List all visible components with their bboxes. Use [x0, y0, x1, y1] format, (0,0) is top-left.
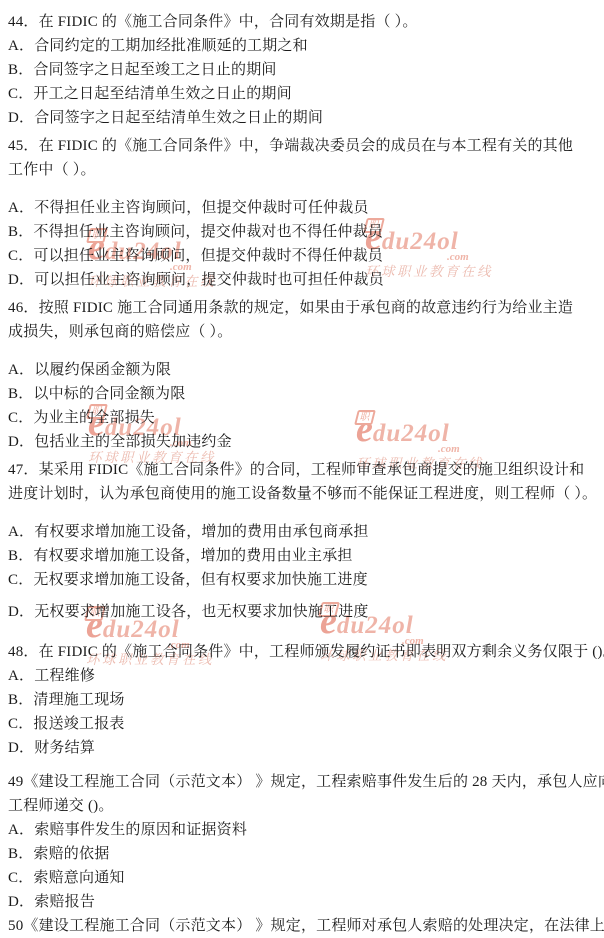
option-b: B．有权要求增加施工设备，增加的费用由业主承担: [8, 544, 598, 568]
question-48-options: A．工程维修 B．清理施工现场 C．报送竣工报表 D．财务结算: [8, 664, 598, 760]
question-49: 49《建设工程施工合同（示范文本） 》规定，工程索赔事件发生后的 28 天内，承…: [8, 770, 598, 914]
question-50-stem: 50《建设工程施工合同（示范文本） 》规定，工程师对承包人索赔的处理决定，在法律…: [8, 914, 598, 938]
question-46: 46．按照 FIDIC 施工合同通用条款的规定，如果由于承包商的故意违约行为给业…: [8, 296, 598, 454]
option-b: B．索赔的依据: [8, 842, 598, 866]
question-45: 45．在 FIDIC 的《施工合同条件》中，争端裁决委员会的成员在与本工程有关的…: [8, 134, 598, 292]
option-a: A．以履约保函金额为限: [8, 358, 598, 382]
option-b: B．清理施工现场: [8, 688, 598, 712]
question-49-stem-line-1: 49《建设工程施工合同（示范文本） 》规定，工程索赔事件发生后的 28 天内，承…: [8, 770, 598, 794]
option-c: C．报送竣工报表: [8, 712, 598, 736]
option-d: D．可以担任业主咨询顾问，提交仲裁时也可担任仲裁员: [8, 268, 598, 292]
option-c: C．开工之日起至结清单生效之日止的期间: [8, 82, 598, 106]
option-c: C．可以担任业主咨询顾问，但提交仲裁时不得任仲裁员: [8, 244, 598, 268]
question-46-stem-line-1: 46．按照 FIDIC 施工合同通用条款的规定，如果由于承包商的故意违约行为给业…: [8, 296, 598, 320]
question-49-options: A．索赔事件发生的原因和证据资料 B．索赔的依据 C．索赔意向通知 D．索赔报告: [8, 818, 598, 914]
option-a: A．工程维修: [8, 664, 598, 688]
question-50: 50《建设工程施工合同（示范文本） 》规定，工程师对承包人索赔的处理决定，在法律…: [8, 914, 598, 938]
question-45-stem-line-1: 45．在 FIDIC 的《施工合同条件》中，争端裁决委员会的成员在与本工程有关的…: [8, 134, 598, 158]
option-d: D．合同签字之日起至结清单生效之日止的期间: [8, 106, 598, 130]
exam-question-list: 44．在 FIDIC 的《施工合同条件》中，合同有效期是指（ ）。 A．合同约定…: [0, 0, 604, 938]
scanned-exam-page: { "watermark": { "badge": "职", "brand_e"…: [0, 0, 604, 938]
question-48-stem: 48．在 FIDIC 的《施工合同条件》中，工程师颁发履约证书即表明双方剩余义务…: [8, 640, 598, 664]
question-47: 47．某采用 FIDIC《施工合同条件》的合同，工程师审查承包商提交的施卫组织设…: [8, 458, 598, 624]
question-46-options: A．以履约保函金额为限 B．以中标的合同金额为限 C．为业主的全部损失 D．包括…: [8, 358, 598, 454]
option-a: A．合同约定的工期加经批准顺延的工期之和: [8, 34, 598, 58]
question-46-stem-line-2: 成损失，则承包商的赔偿应（ ）。: [8, 320, 598, 344]
question-47-stem-line-1: 47．某采用 FIDIC《施工合同条件》的合同，工程师审查承包商提交的施卫组织设…: [8, 458, 598, 482]
question-45-stem-line-2: 工作中（ ）。: [8, 158, 598, 182]
option-d: D．包括业主的全部损失加违约金: [8, 430, 598, 454]
option-c: C．索赔意向通知: [8, 866, 598, 890]
question-45-options: A．不得担任业主咨询顾问，但提交仲裁时可任仲裁员 B．不得担任业主咨询顾问，提交…: [8, 196, 598, 292]
option-d: D．索赔报告: [8, 890, 598, 914]
question-44-stem: 44．在 FIDIC 的《施工合同条件》中，合同有效期是指（ ）。: [8, 10, 598, 34]
option-a: A．索赔事件发生的原因和证据资料: [8, 818, 598, 842]
option-a: A．不得担任业主咨询顾问，但提交仲裁时可任仲裁员: [8, 196, 598, 220]
question-47-options: A．有权要求增加施工设备，增加的费用由承包商承担 B．有权要求增加施工设备，增加…: [8, 520, 598, 624]
option-d: D．无权要求增加施工设各，也无权要求加快施工进度: [8, 600, 598, 624]
option-d: D．财务结算: [8, 736, 598, 760]
option-a: A．有权要求增加施工设备，增加的费用由承包商承担: [8, 520, 598, 544]
question-49-stem-line-2: 工程师递交 ()。: [8, 794, 598, 818]
question-47-stem-line-2: 进度计划时，认为承包商使用的施工设备数量不够而不能保证工程进度，则工程师（ ）。: [8, 482, 598, 506]
option-b: B．合同签字之日起至竣工之日止的期间: [8, 58, 598, 82]
option-c: C．无权要求增加施工设备，但有权要求加快施工进度: [8, 568, 598, 592]
question-44: 44．在 FIDIC 的《施工合同条件》中，合同有效期是指（ ）。 A．合同约定…: [8, 10, 598, 130]
option-c: C．为业主的全部损失: [8, 406, 598, 430]
question-44-options: A．合同约定的工期加经批准顺延的工期之和 B．合同签字之日起至竣工之日止的期间 …: [8, 34, 598, 130]
question-48: 48．在 FIDIC 的《施工合同条件》中，工程师颁发履约证书即表明双方剩余义务…: [8, 640, 598, 760]
option-b: B．不得担任业主咨询顾问，提交仲裁对也不得任仲裁员: [8, 220, 598, 244]
option-b: B．以中标的合同金额为限: [8, 382, 598, 406]
